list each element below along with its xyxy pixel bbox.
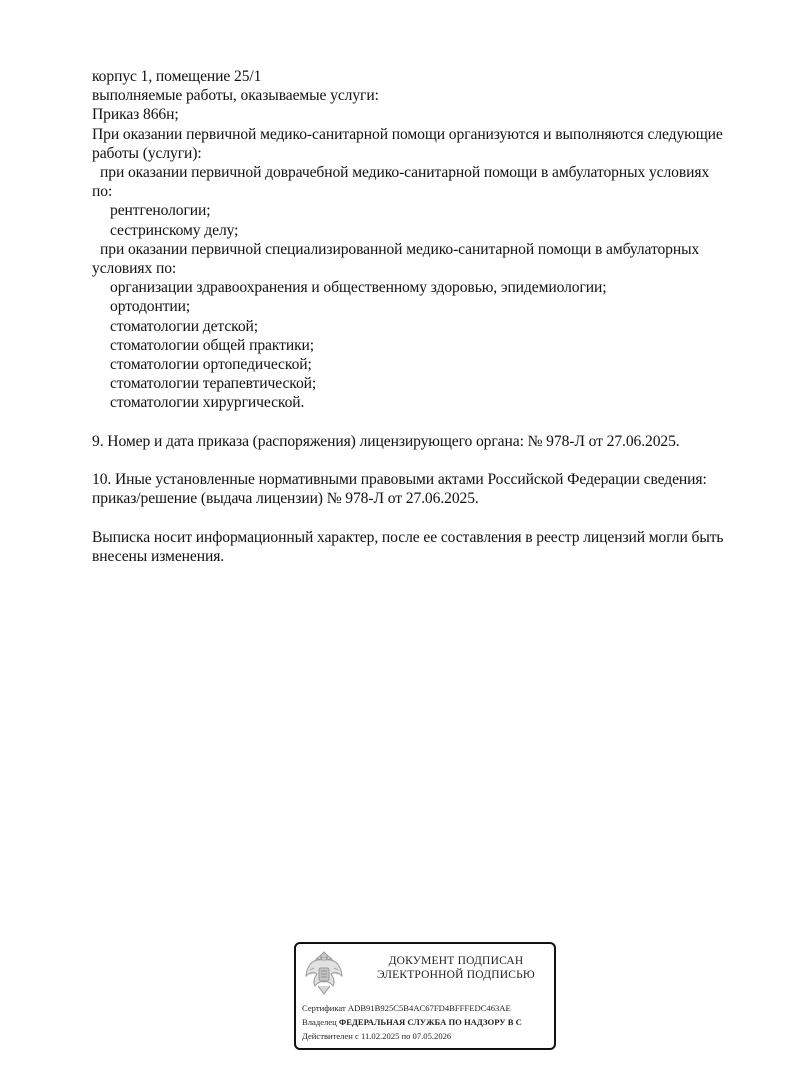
list-item: стоматологии хирургической. — [92, 393, 762, 412]
list-item: стоматологии детской; — [92, 317, 762, 336]
primary-care-intro: При оказании первичной медико-санитарной… — [92, 125, 762, 144]
item-9-license-order: 9. Номер и дата приказа (распоряжения) л… — [92, 432, 762, 451]
pre-doctor-care-heading: при оказании первичной доврачебной медик… — [92, 163, 762, 182]
owner-row: Владелец ФЕДЕРАЛЬНАЯ СЛУЖБА ПО НАДЗОРУ В… — [302, 1015, 556, 1029]
certificate-row: Сертификат ADB91B925C5B4AC67FD4BFFFEDC46… — [302, 1001, 556, 1015]
list-item: стоматологии терапевтической; — [92, 374, 762, 393]
primary-care-intro-cont: работы (услуги): — [92, 144, 762, 163]
list-item: стоматологии ортопедической; — [92, 355, 762, 374]
owner-label: Владелец — [302, 1017, 337, 1027]
paragraph-gap — [92, 509, 762, 528]
list-item: стоматологии общей практики; — [92, 336, 762, 355]
order-line: Приказ 866н; — [92, 105, 762, 124]
owner-value: ФЕДЕРАЛЬНАЯ СЛУЖБА ПО НАДЗОРУ В С — [339, 1017, 522, 1027]
stamp-title: ДОКУМЕНТ ПОДПИСАН ЭЛЕКТРОННОЙ ПОДПИСЬЮ — [356, 954, 556, 982]
list-item: ортодонтии; — [92, 297, 762, 316]
document-body: корпус 1, помещение 25/1 выполняемые раб… — [92, 67, 762, 566]
paragraph-gap — [92, 451, 762, 470]
stamp-title-line-1: ДОКУМЕНТ ПОДПИСАН — [356, 954, 556, 968]
specialized-care-heading: при оказании первичной специализированно… — [92, 240, 762, 259]
item-10-other-info-cont: приказ/решение (выдача лицензии) № 978-Л… — [92, 489, 762, 508]
validity-row: Действителен с 11.02.2025 по 07.05.2026 — [302, 1029, 556, 1043]
certificate-label: Сертификат — [302, 1003, 346, 1013]
pre-doctor-services-list: рентгенологии; сестринскому делу; — [92, 201, 762, 239]
disclaimer: Выписка носит информационный характер, п… — [92, 528, 762, 547]
disclaimer-cont: внесены изменения. — [92, 547, 762, 566]
works-header: выполняемые работы, оказываемые услуги: — [92, 86, 762, 105]
stamp-details: Сертификат ADB91B925C5B4AC67FD4BFFFEDC46… — [302, 1001, 556, 1043]
list-item: рентгенологии; — [92, 201, 762, 220]
list-item: сестринскому делу; — [92, 221, 762, 240]
list-item: организации здравоохранения и общественн… — [92, 278, 762, 297]
specialized-care-heading-cont: условиях по: — [92, 259, 762, 278]
stamp-title-line-2: ЭЛЕКТРОННОЙ ПОДПИСЬЮ — [356, 968, 556, 982]
paragraph-gap — [92, 413, 762, 432]
russian-coat-of-arms-icon — [304, 950, 344, 1000]
pre-doctor-care-heading-cont: по: — [92, 182, 762, 201]
specialized-services-list: организации здравоохранения и общественн… — [92, 278, 762, 412]
address-line: корпус 1, помещение 25/1 — [92, 67, 762, 86]
certificate-value: ADB91B925C5B4AC67FD4BFFFEDC463AE — [348, 1003, 511, 1013]
validity-label: Действителен — [302, 1031, 353, 1041]
validity-value: с 11.02.2025 по 07.05.2026 — [355, 1031, 451, 1041]
item-10-other-info: 10. Иные установленные нормативными прав… — [92, 470, 762, 489]
electronic-signature-stamp: ДОКУМЕНТ ПОДПИСАН ЭЛЕКТРОННОЙ ПОДПИСЬЮ С… — [294, 942, 556, 1050]
